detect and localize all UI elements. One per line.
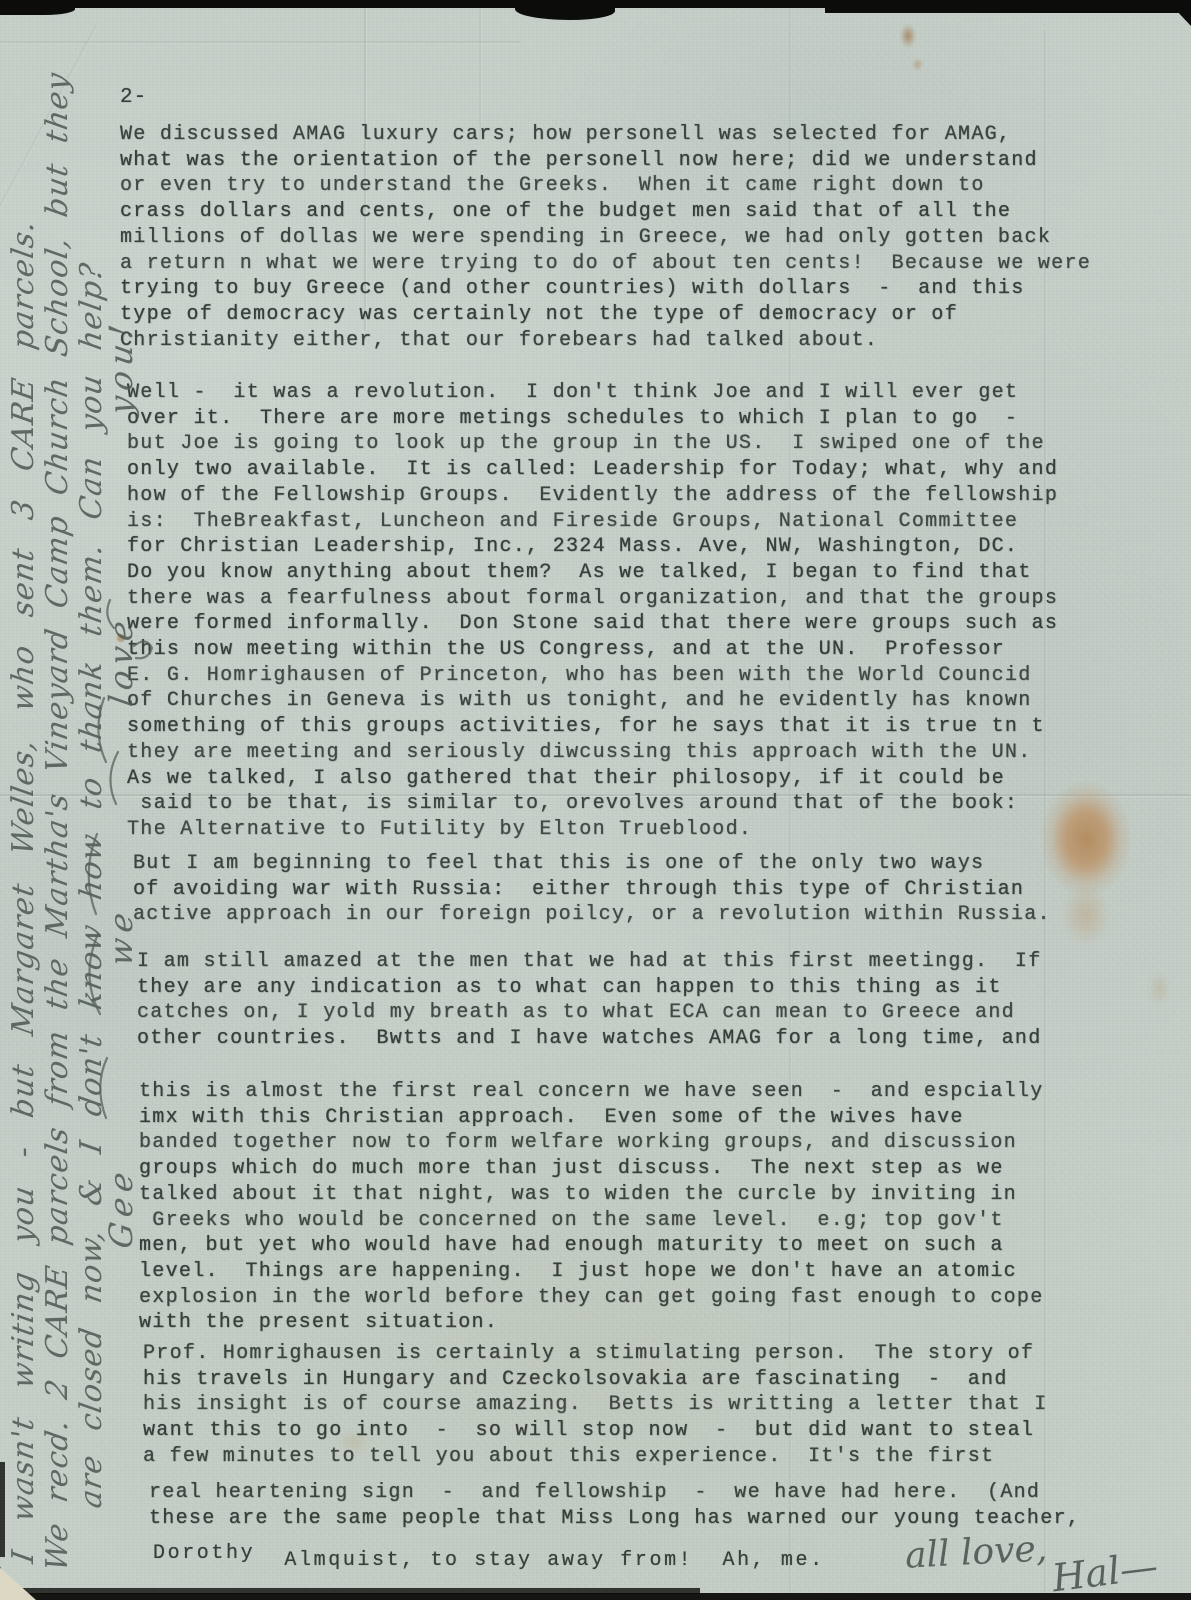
typed-line: there was a fearfulness about formal org…	[127, 586, 1058, 612]
typed-line: is: TheBreakfast, Luncheon and Fireside …	[127, 509, 1058, 535]
typed-line: other countries. Bwtts and I have watche…	[137, 1026, 1042, 1052]
typed-line: a return n what we were trying to do of …	[120, 251, 1091, 277]
typed-line: millions of dollas we were spending in G…	[120, 225, 1091, 251]
typed-paragraph: We discussed AMAG luxury cars; how perso…	[120, 122, 1091, 353]
typed-line: they are meeting and seriously diwcussin…	[127, 740, 1058, 766]
typed-paragraph: But I am beginning to feel that this is …	[133, 851, 1051, 928]
typed-paragraph: I am still amazed at the men that we had…	[137, 949, 1042, 1052]
typed-line: talked about it that night, was to widen…	[139, 1182, 1044, 1208]
typed-line: catches on, I yold my breath as to what …	[137, 1000, 1042, 1026]
typed-line: As we talked, I also gathered that their…	[127, 766, 1058, 792]
torn-edge-bottom-left	[0, 1588, 700, 1594]
typed-line: Christianity either, that our forebears …	[120, 328, 1091, 354]
typed-paragraph: Prof. Homrighausen is certainly a stimul…	[143, 1341, 1048, 1470]
typed-line: or even try to understand the Greeks. Wh…	[120, 173, 1091, 199]
closing-handwritten: all love,	[904, 1528, 1048, 1576]
torn-edge-bottom	[0, 1593, 1191, 1600]
margin-note-line: We recd. 2 CARE parcels from the Martha'…	[40, 70, 75, 1574]
typed-paragraph: this is almost the first real concern we…	[139, 1079, 1044, 1336]
typed-line: with the present situation.	[139, 1310, 1044, 1336]
margin-note-line: Gee we love you!	[102, 316, 140, 1251]
typed-line: active approach in our foreign poilcy, o…	[133, 902, 1051, 928]
typed-line: level. Things are happening. I just hope…	[139, 1259, 1044, 1285]
typed-bottom-line: Dorothy Almquist, to stay away from! Ah,…	[153, 1549, 825, 1572]
typed-line: of avoiding war with Russia: either thro…	[133, 877, 1051, 903]
typed-line: E. G. Homrighausen of Princeton, who has…	[127, 663, 1058, 689]
typed-line: were formed informally. Don Stone said t…	[127, 611, 1058, 637]
typed-line: banded together now to form welfare work…	[139, 1130, 1044, 1156]
typed-line: how of the Fellowship Groups. Evidently …	[127, 483, 1058, 509]
typed-line: The Alternative to Futility by Elton Tru…	[127, 817, 1058, 843]
typed-line: these are the same people that Miss Long…	[149, 1506, 1080, 1532]
typed-line: they are any indication as to what can h…	[137, 975, 1042, 1001]
typed-line: real heartening sign - and fellowship - …	[149, 1480, 1080, 1506]
typed-line: explosion in the world before they can g…	[139, 1285, 1044, 1311]
typed-paragraph: real heartening sign - and fellowship - …	[149, 1480, 1080, 1531]
typed-line: only two available. It is called: Leader…	[127, 457, 1058, 483]
typed-line: over it. There are more metings schedule…	[127, 406, 1058, 432]
typed-paragraph: Well - it was a revolution. I don't thin…	[127, 380, 1058, 843]
typed-line: but Joe is going to look up the group in…	[127, 431, 1058, 457]
typed-line: trying to buy Greece (and other countrie…	[120, 276, 1091, 302]
typed-line: a few minutes to tell you about this exp…	[143, 1444, 1048, 1470]
torn-edge-top-left	[0, 0, 75, 15]
typed-line: Well - it was a revolution. I don't thin…	[127, 380, 1058, 406]
typed-line: what was the orientation of the personel…	[120, 148, 1091, 174]
typed-line: this now meeting within the US Congress,…	[127, 637, 1058, 663]
typed-line: of Churches in Geneva is with us tonight…	[127, 688, 1058, 714]
typed-bottom-line-rest: Almquist, to stay away from! Ah, me.	[255, 1549, 824, 1572]
typed-line: for Christian Leadership, Inc., 2324 Mas…	[127, 534, 1058, 560]
typed-line: his insight is of course amazing. Betts …	[143, 1392, 1048, 1418]
typed-line: this is almost the first real concern we…	[139, 1079, 1044, 1105]
typed-line: type of democracy was certainly not the …	[120, 302, 1091, 328]
typed-line: men, but yet who would have had enough m…	[139, 1233, 1044, 1259]
typed-line: want this to go into - so will stop now …	[143, 1418, 1048, 1444]
typed-line: groups which do much more than just disc…	[139, 1156, 1044, 1182]
scanned-letter-page: 2- We discussed AMAG luxury cars; how pe…	[0, 0, 1191, 1600]
typed-line: said to be that, is similar to, orevolve…	[127, 791, 1058, 817]
typed-line: Greeks who would be concerned on the sam…	[139, 1208, 1044, 1234]
typed-line: something of this groups activities, for…	[127, 714, 1058, 740]
typed-line: We discussed AMAG luxury cars; how perso…	[120, 122, 1091, 148]
typed-line: Do you know anything about them? As we t…	[127, 560, 1058, 586]
torn-edge-left	[0, 1462, 5, 1557]
typed-word-dorothy: Dorothy	[153, 1542, 255, 1565]
typed-line: I am still amazed at the men that we had…	[137, 949, 1042, 975]
typed-line: his travels in Hungary and Czeckolsovaki…	[143, 1367, 1048, 1393]
margin-note-line: I wasn't writing you - but Margaret Well…	[6, 218, 41, 1566]
typed-text-block: We discussed AMAG luxury cars; how perso…	[0, 0, 1191, 1600]
typed-line: crass dollars and cents, one of the budg…	[120, 199, 1091, 225]
typed-line: Prof. Homrighausen is certainly a stimul…	[143, 1341, 1048, 1367]
typed-line: But I am beginning to feel that this is …	[133, 851, 1051, 877]
typed-line: imx with this Christian approach. Even s…	[139, 1105, 1044, 1131]
torn-edge-top-right	[825, 0, 1191, 13]
